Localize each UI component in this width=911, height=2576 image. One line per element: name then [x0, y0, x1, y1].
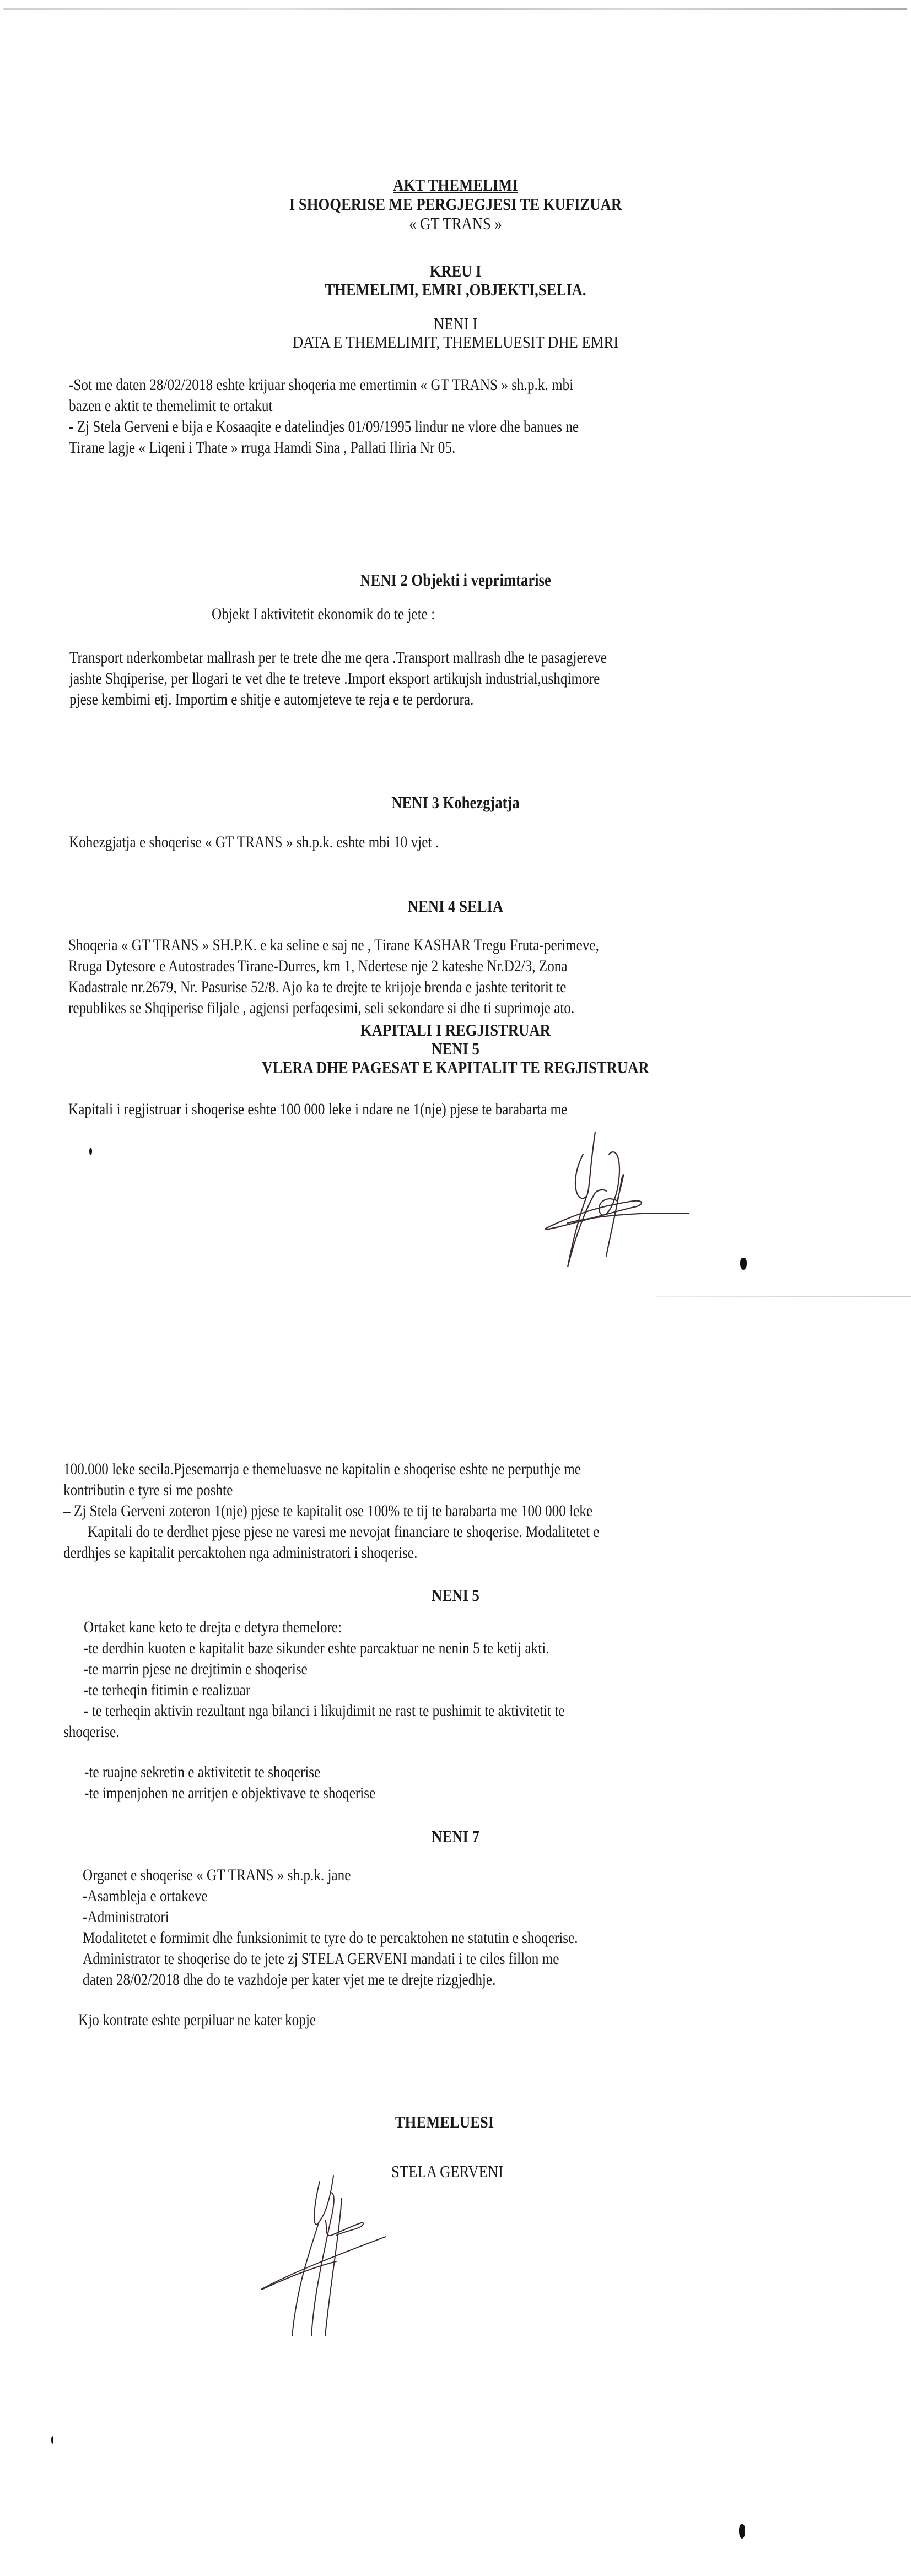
scan-edge-top	[3, 8, 907, 10]
article6-rights-cont: shoqerise.	[63, 1722, 119, 1742]
article2-heading: NENI 2 Objekti i veprimtarise	[64, 569, 848, 591]
text-line: 100.000 leke secila.Pjesemarrja e themel…	[63, 1459, 600, 1480]
article5-line1: Kapitali i regjistruar i shoqerise eshte…	[68, 1099, 567, 1120]
right-item: -te terheqin fitimin e realizuar	[84, 1680, 565, 1701]
article2-body: Transport nderkombetar mallrash per te t…	[69, 647, 607, 710]
article3-text: Kohezgjatja e shoqerise « GT TRANS » sh.…	[69, 832, 439, 853]
founder-label: THEMELUESI	[53, 2111, 837, 2133]
text-line: Rruga Dytesore e Autostrades Tirane-Durr…	[68, 956, 599, 977]
article2-intro: Objekt I aktivitetit ekonomik do te jete…	[212, 604, 435, 625]
article5-title: VLERA DHE PAGESAT E KAPITALIT TE REGJIST…	[64, 1057, 848, 1079]
text-line: -Sot me daten 28/02/2018 eshte krijuar s…	[69, 375, 579, 396]
right-item: -te derdhin kuoten e kapitalit baze siku…	[84, 1638, 565, 1659]
text-line: Ortaket kane keto te drejta e detyra the…	[84, 1617, 565, 1638]
text-line: kontributin e tyre si me poshte	[63, 1480, 600, 1501]
ink-speck	[51, 2436, 53, 2444]
duty-item: -te ruajne sekretin e aktivitetit te sho…	[84, 1762, 375, 1783]
article4-heading: NENI 4 SELIA	[64, 895, 848, 917]
document-page: AKT THEMELIMI I SHOQERISE ME PERGJEGJESI…	[0, 0, 911, 2576]
text-line: bazen e aktit te themelimit te ortakut	[69, 396, 579, 416]
article6-body: Ortaket kane keto te drejta e detyra the…	[84, 1617, 565, 1722]
chapter-title: THEMELIMI, EMRI ,OBJEKTI,SELIA.	[64, 279, 848, 301]
ink-speck	[739, 2524, 745, 2539]
signature-1	[535, 1124, 733, 1289]
text-line: Kadastrale nr.2679, Nr. Pasurise 52/8. A…	[68, 977, 599, 998]
text-line: Shoqeria « GT TRANS » SH.P.K. e ka selin…	[68, 935, 599, 956]
article1-title: DATA E THEMELIMIT, THEMELUESIT DHE EMRI	[64, 331, 848, 353]
document-title: AKT THEMELIMI	[64, 174, 848, 196]
article4-body: Shoqeria « GT TRANS » SH.P.K. e ka selin…	[68, 935, 599, 1019]
page-break-shadow	[656, 1296, 911, 1297]
text-line: republikes se Shqiperise filjale , agjen…	[68, 998, 599, 1019]
text-line: - Zj Stela Gerveni e bija e Kosaaqite e …	[69, 416, 579, 437]
text-line: derdhjes se kapitalit percaktohen nga ad…	[63, 1543, 600, 1563]
duty-item: -te impenjohen ne arritjen e objektivave…	[84, 1783, 375, 1804]
article6-duties: -te ruajne sekretin e aktivitetit te sho…	[84, 1762, 375, 1804]
document-subtitle: I SHOQERISE ME PERGJEGJESI TE KUFIZUAR	[64, 193, 848, 215]
text-line: daten 28/02/2018 dhe do te vazhdoje per …	[83, 1969, 578, 1990]
article3-heading: NENI 3 Kohezgjatja	[64, 792, 848, 814]
text-line: jashte Shqiperise, per llogari te vet dh…	[69, 668, 607, 689]
ink-speck	[89, 1148, 92, 1155]
signature-2	[259, 2171, 435, 2336]
scan-edge-left	[3, 9, 3, 174]
right-item: - te terheqin aktivin rezultant nga bila…	[84, 1701, 565, 1722]
ink-speck	[740, 1258, 747, 1270]
text-line: Tirane lagje « Liqeni i Thate » rruga Ha…	[69, 437, 579, 458]
right-item: -te marrin pjese ne drejtimin e shoqeris…	[84, 1659, 565, 1680]
text-line: pjese kembimi etj. Importim e shitje e a…	[69, 689, 607, 710]
article6-heading: NENI 5	[64, 1584, 848, 1606]
article1-body: -Sot me daten 28/02/2018 eshte krijuar s…	[69, 375, 579, 458]
founder-name: STELA GERVENI	[56, 2161, 839, 2183]
company-name: « GT TRANS »	[64, 213, 848, 235]
text-line: -Asambleja e ortakeve	[83, 1886, 578, 1907]
text-line: Modalitetet e formimit dhe funksionimit …	[83, 1928, 578, 1949]
text-line: Transport nderkombetar mallrash per te t…	[69, 647, 607, 668]
text-line: Kapitali do te derdhet pjese pjese ne va…	[63, 1522, 600, 1543]
article5-body: 100.000 leke secila.Pjesemarrja e themel…	[63, 1459, 600, 1563]
text-line: Administrator te shoqerise do te jete zj…	[83, 1949, 578, 1969]
text-line: -Administratori	[83, 1907, 578, 1928]
text-line: Organet e shoqerise « GT TRANS » sh.p.k.…	[83, 1865, 578, 1886]
article7-body: Organet e shoqerise « GT TRANS » sh.p.k.…	[83, 1865, 578, 1990]
text-line: – Zj Stela Gerveni zoteron 1(nje) pjese …	[63, 1501, 600, 1522]
article7-heading: NENI 7	[64, 1826, 848, 1848]
closing-statement: Kjo kontrate eshte perpiluar ne kater ko…	[78, 2010, 316, 2031]
